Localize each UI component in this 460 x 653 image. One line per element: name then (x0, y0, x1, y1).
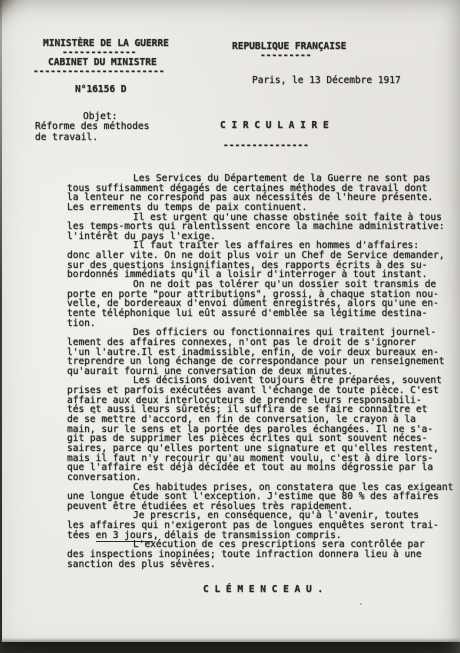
dust-speck (360, 603, 362, 605)
body-text: Les Services du Département de la Guerre… (67, 174, 459, 569)
reference-number: N°16156 D (75, 85, 126, 95)
dust-speck (93, 411, 96, 414)
body-line: sanction des plus sévères. (67, 560, 459, 570)
dateline: Paris, le 13 Décembre 1917 (252, 76, 401, 86)
body-line: tente téléphonique lui eût assuré d'embl… (67, 309, 459, 319)
republic-underline: --------- (260, 51, 311, 61)
subject-line-2: de travail. (35, 133, 98, 143)
cabinet-underline: ----------------------- (33, 67, 165, 77)
subject-line-1: Réforme des méthodes (35, 122, 149, 132)
circular-heading: C I R C U L A I R E (220, 121, 329, 131)
photo-bottom-border (0, 642, 460, 653)
photo-left-border (0, 0, 2, 653)
document-photo: MINISTÈRE DE LA GUERRE ------------- CAB… (0, 0, 460, 653)
signature: C L É M E N C E A U . (203, 585, 323, 595)
circular-underline: --------------- (223, 141, 309, 151)
